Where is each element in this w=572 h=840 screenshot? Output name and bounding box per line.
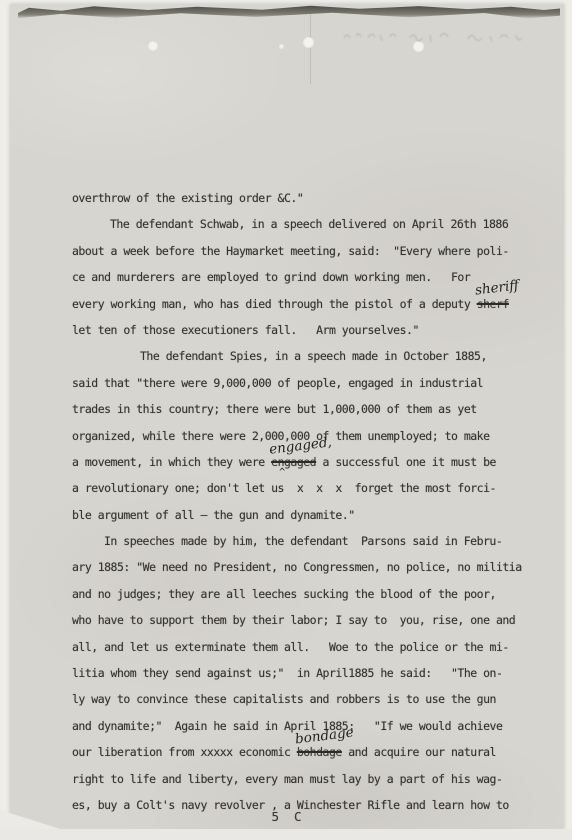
text-segment: overthrow of the existing order &C." (72, 191, 303, 205)
text-line: who have to support them by their labor;… (72, 607, 548, 633)
text-line: In speeches made by him, the defendant P… (72, 528, 548, 554)
text-segment: ary 1885: "We need no President, no Cong… (72, 560, 522, 574)
text-segment: let ten of those executioners fall. Arm … (72, 323, 419, 337)
text-line: a revolutionary one; don't let us x x x … (72, 475, 548, 501)
text-segment: The defendant Schwab, in a speech delive… (110, 217, 508, 231)
corrected-word: bohdagebondage (297, 739, 342, 765)
punch-hole (279, 44, 284, 49)
text-segment: who have to support them by their labor;… (72, 613, 515, 627)
text-segment: In speeches made by him, the defendant P… (104, 534, 502, 548)
punch-hole (148, 41, 158, 51)
page-footer: 5C (10, 809, 564, 824)
fold-line (310, 14, 311, 84)
text-line: litia whom they send against us;" in Apr… (72, 660, 548, 686)
text-segment: The defendant Spies, in a speech made in… (140, 349, 487, 363)
text-line: every working man, who has died through … (72, 291, 548, 317)
text-line: The defendant Spies, in a speech made in… (72, 343, 548, 369)
text-line: said that "there were 9,000,000 of peopl… (72, 370, 548, 396)
text-segment: all, and let us exterminate them all. Wo… (72, 640, 509, 654)
typewritten-text: overthrow of the existing order &C."The … (72, 185, 548, 818)
text-segment: ble argument of all — the gun and dynami… (72, 508, 355, 522)
text-segment: a movement, in which they were (72, 455, 271, 469)
text-segment: and dynamite;" Again he said in April 18… (72, 719, 502, 733)
text-segment: ly way to convince these capitalists and… (72, 692, 496, 706)
text-segment: our liberation from xxxxx economic (72, 745, 297, 759)
handwritten-annotation: sheriff (473, 272, 520, 304)
text-line: let ten of those executioners fall. Arm … (72, 317, 548, 343)
corrected-word: sherfsheriff (477, 291, 509, 317)
text-line: ary 1885: "We need no President, no Cong… (72, 554, 548, 580)
text-segment: said that "there were 9,000,000 of peopl… (72, 376, 483, 390)
page-number: 5 (271, 809, 280, 824)
text-line: a movement, in which they were engageden… (72, 449, 548, 475)
paper-sheet: overthrow of the existing order &C."The … (10, 4, 564, 830)
section-letter: C (294, 809, 303, 824)
faint-pencil-marks (340, 26, 550, 52)
corrected-word: engagedengaged,^ (271, 449, 316, 475)
text-segment: and no judges; they are all leeches suck… (72, 587, 496, 601)
text-segment: and acquire our natural (342, 745, 496, 759)
text-line: trades in this country; there were but 1… (72, 396, 548, 422)
text-line: right to life and liberty, every man mus… (72, 766, 548, 792)
text-segment: right to life and liberty, every man mus… (72, 772, 502, 786)
text-line: all, and let us exterminate them all. Wo… (72, 634, 548, 660)
text-segment: a successful one it must be (316, 455, 496, 469)
punch-hole (303, 37, 314, 48)
text-line: The defendant Schwab, in a speech delive… (72, 211, 548, 237)
text-line: ly way to convince these capitalists and… (72, 686, 548, 712)
text-segment: ce and murderers are employed to grind d… (72, 270, 470, 284)
scanned-document: overthrow of the existing order &C."The … (0, 0, 572, 840)
text-line: about a week before the Haymarket meetin… (72, 238, 548, 264)
text-segment: trades in this country; there were but 1… (72, 402, 477, 416)
text-segment: every working man, who has died through … (72, 297, 477, 311)
insertion-caret: ^ (279, 460, 285, 486)
scan-background (0, 829, 572, 840)
text-line: our liberation from xxxxx economic bohda… (72, 739, 548, 765)
text-line: overthrow of the existing order &C." (72, 185, 548, 211)
text-segment: about a week before the Haymarket meetin… (72, 244, 509, 258)
text-line: and no judges; they are all leeches suck… (72, 581, 548, 607)
scan-edge-shadow (18, 4, 560, 19)
text-line: ble argument of all — the gun and dynami… (72, 502, 548, 528)
text-segment: litia whom they send against us;" in Apr… (72, 666, 502, 680)
